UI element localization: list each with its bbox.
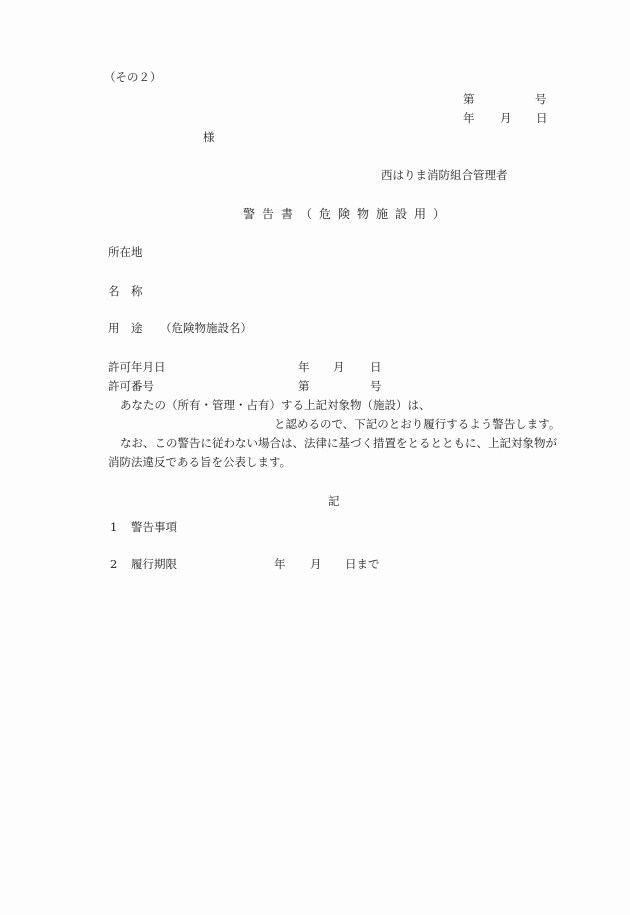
body-line-2: と認めるので、下記のとおり履行するよう警告します。 bbox=[274, 417, 560, 431]
date-year: 年 bbox=[463, 111, 475, 125]
addressee-suffix: 様 bbox=[203, 130, 215, 144]
item-2-day-until: 日まで bbox=[345, 557, 380, 571]
item-2-year: 年 bbox=[274, 557, 286, 571]
item-2-month: 月 bbox=[310, 557, 322, 571]
item-2-number: 2 bbox=[110, 557, 117, 571]
permit-date-day: 日 bbox=[370, 360, 382, 374]
document-title: 警告書（危険物施設用） bbox=[243, 207, 452, 221]
usage-label: 用 途 bbox=[108, 321, 143, 335]
item-1-label: 警告事項 bbox=[131, 520, 177, 534]
permit-number-suffix: 号 bbox=[370, 379, 382, 393]
item-2-label: 履行期限 bbox=[131, 557, 177, 571]
date-month: 月 bbox=[500, 111, 512, 125]
permit-number-label: 許可番号 bbox=[108, 379, 154, 393]
date-day: 日 bbox=[536, 111, 548, 125]
permit-number-prefix: 第 bbox=[298, 379, 310, 393]
issuer: 西はりま消防組合管理者 bbox=[381, 168, 508, 182]
permit-date-label: 許可年月日 bbox=[108, 360, 166, 374]
body-line-3: なお、この警告に従わない場合は、法律に基づく措置をとるとともに、上記対象物が bbox=[120, 436, 557, 450]
location-label: 所在地 bbox=[108, 245, 143, 259]
usage-note: （危険物施設名） bbox=[160, 321, 252, 335]
permit-date-year: 年 bbox=[298, 360, 310, 374]
body-line-4: 消防法違反である旨を公表します。 bbox=[108, 455, 291, 469]
permit-date-month: 月 bbox=[333, 360, 345, 374]
number-prefix: 第 bbox=[463, 92, 475, 106]
form-label: （その２） bbox=[104, 70, 162, 84]
name-label: 名 称 bbox=[108, 284, 143, 298]
record-heading: 記 bbox=[328, 494, 340, 508]
body-line-1: あなたの（所有・管理・占有）する上記対象物（施設）は、 bbox=[120, 398, 431, 412]
item-1-number: 1 bbox=[110, 520, 117, 534]
number-suffix: 号 bbox=[535, 92, 547, 106]
